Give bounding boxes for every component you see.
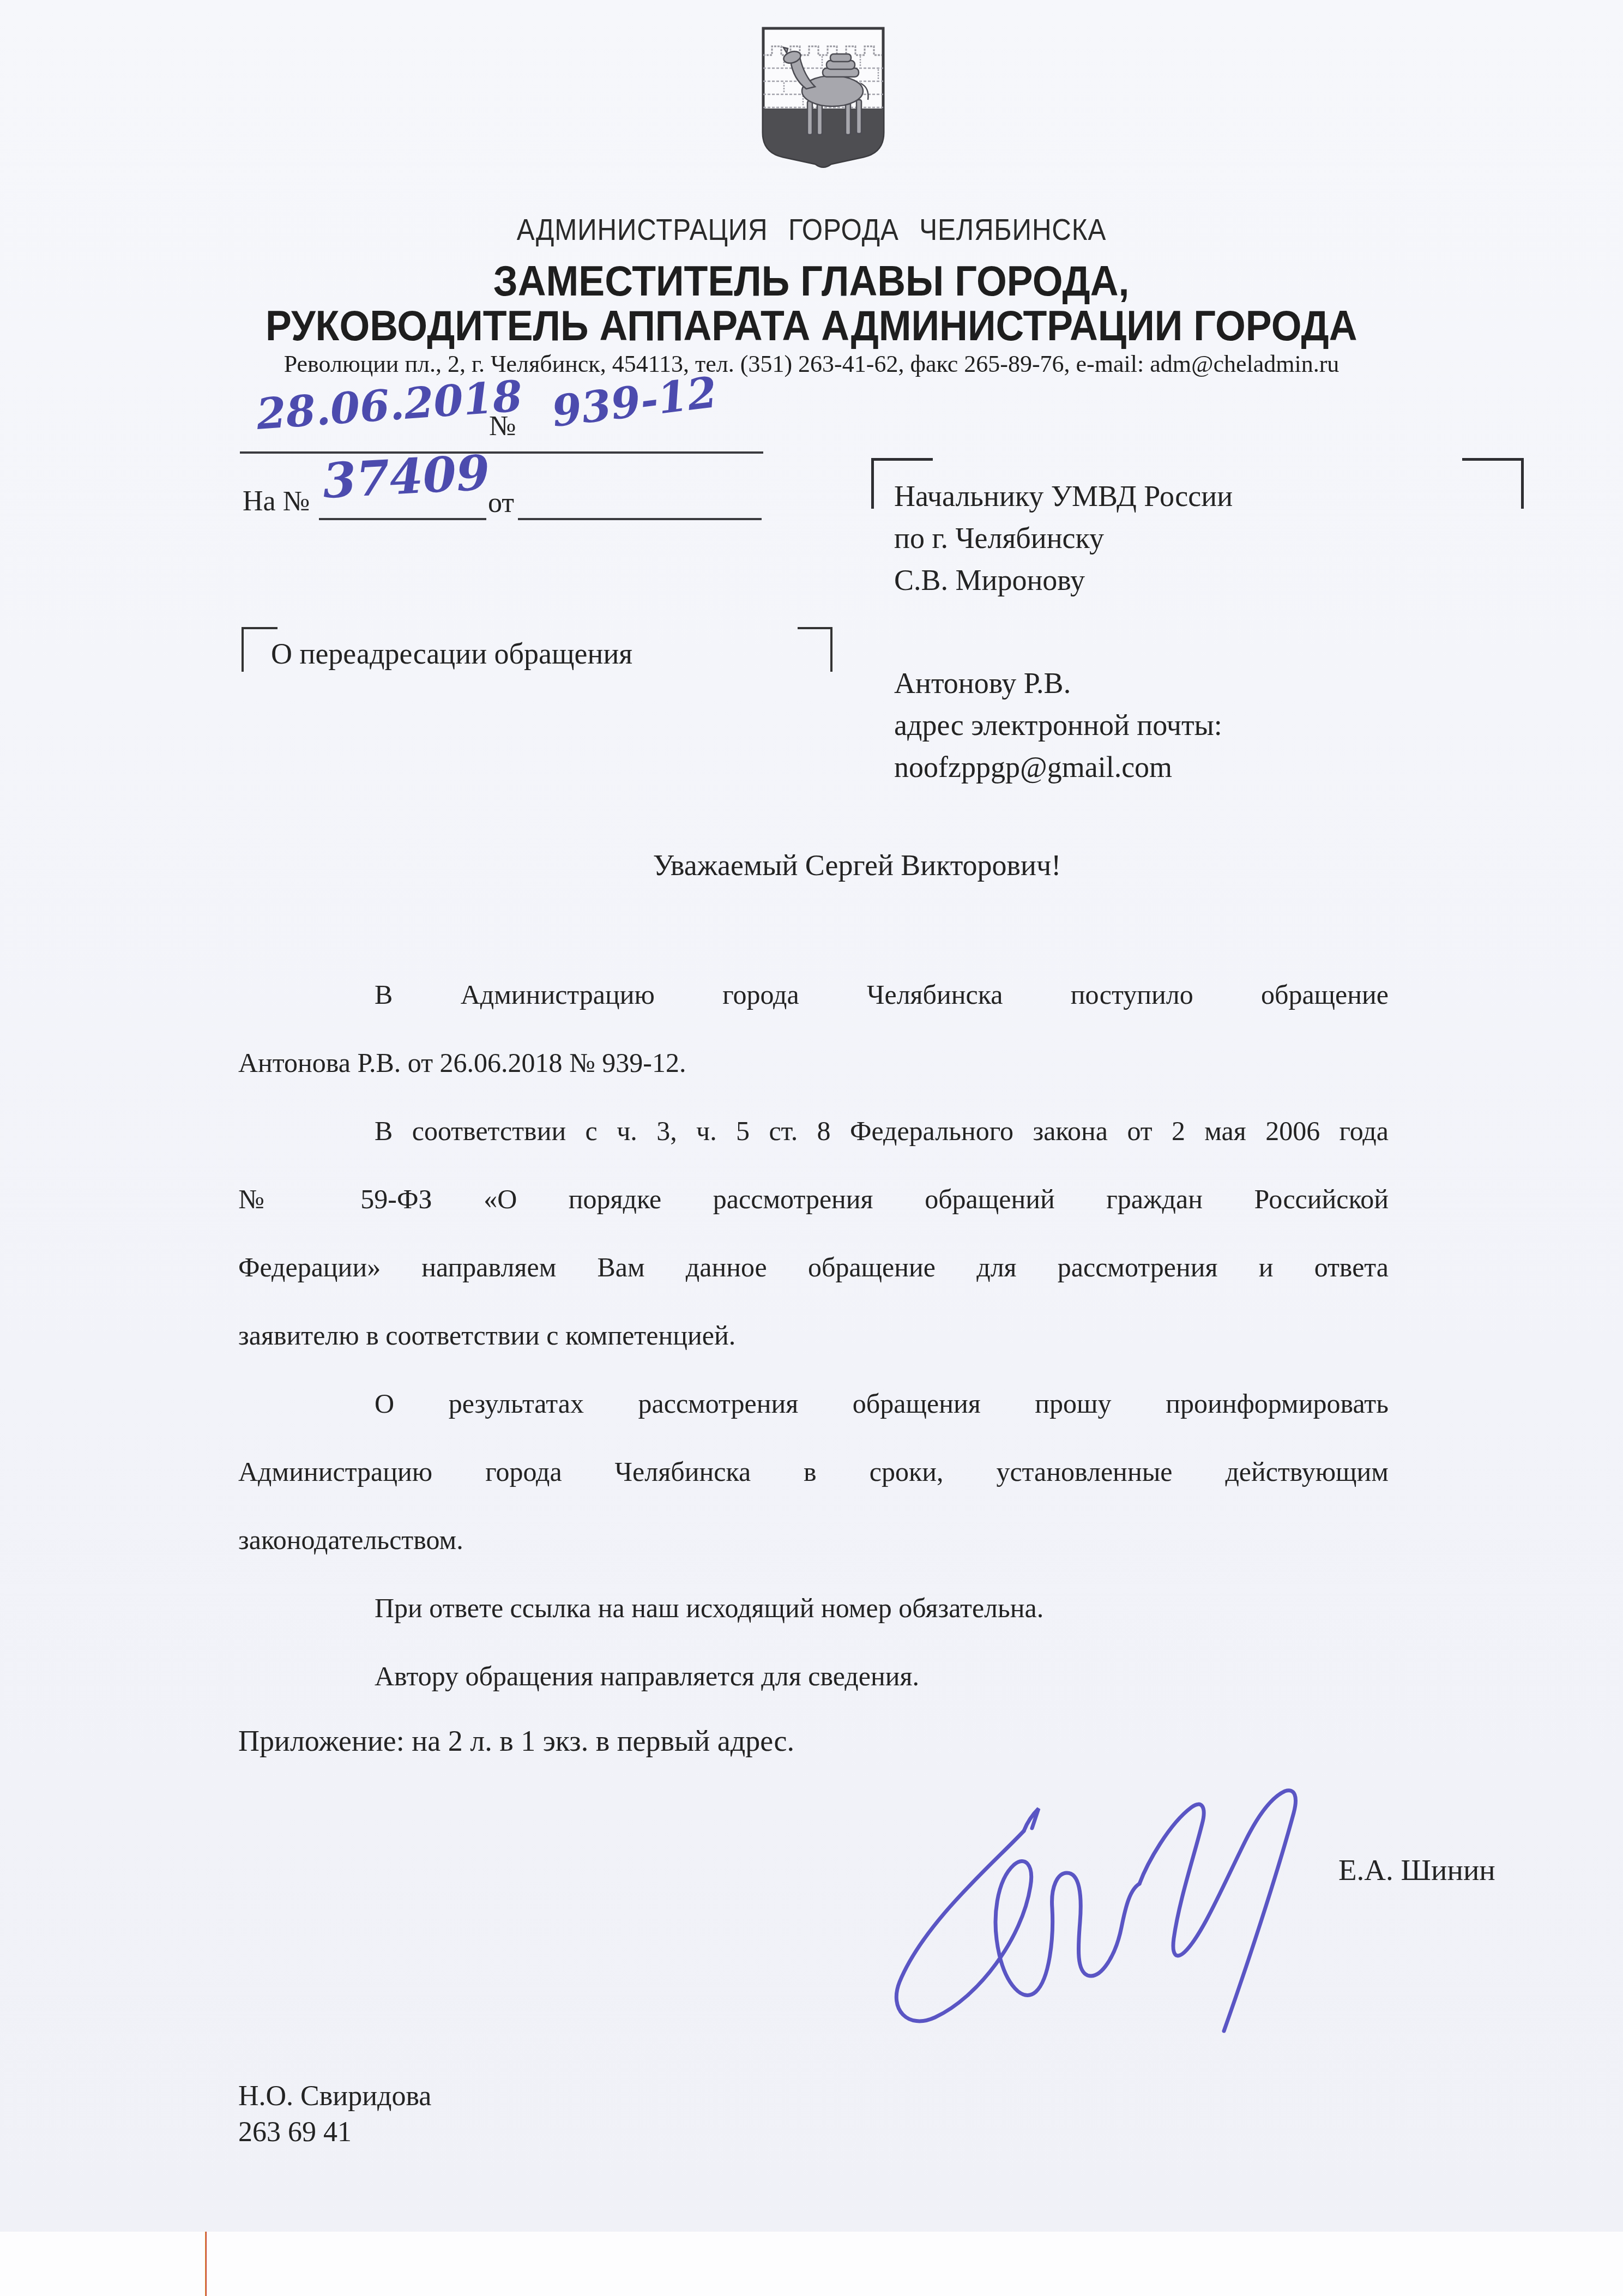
signatory-name: Е.А. Шинин xyxy=(1338,1853,1495,1887)
handwritten-incoming-number: 37409 xyxy=(321,444,491,509)
recipient-email: noofzppgp@gmail.com xyxy=(894,746,1233,788)
incoming-number-label: На № xyxy=(243,485,310,517)
outgoing-number-underline xyxy=(526,451,763,454)
department-title-line2: РУКОВОДИТЕЛЬ АППАРАТА АДМИНИСТРАЦИИ ГОРО… xyxy=(0,301,1623,351)
body-line: заявителю в соответствии с компетенцией. xyxy=(238,1301,1389,1370)
chelyabinsk-coat-of-arms-emblem xyxy=(759,26,887,171)
handwritten-date: 28.06.2018 xyxy=(255,371,524,439)
subject-text: О переадресации обращения xyxy=(271,637,632,671)
salutation: Уважаемый Сергей Викторович! xyxy=(238,848,1389,882)
body-line: № 59-ФЗ «О порядке рассмотрения обращени… xyxy=(238,1165,1389,1233)
ink-signature xyxy=(842,1775,1344,2047)
body-line: В Администрацию города Челябинска поступ… xyxy=(238,961,1389,1029)
from-date-underline xyxy=(518,518,762,520)
body-line: В соответствии с ч. 3, ч. 5 ст. 8 Федера… xyxy=(238,1097,1389,1165)
executor-block: Н.О. Свиридова 263 69 41 xyxy=(238,2078,431,2150)
recipient-line: Начальнику УМВД России xyxy=(894,475,1233,517)
body-line: Антонова Р.В. от 26.06.2018 № 939-12. xyxy=(238,1029,1389,1097)
recipient-gap xyxy=(894,601,1233,662)
subject-corner-top-right xyxy=(798,627,832,672)
executor-phone: 263 69 41 xyxy=(238,2114,431,2150)
recipient-block: Начальнику УМВД России по г. Челябинску … xyxy=(894,475,1233,788)
organization-name: АДМИНИСТРАЦИЯ ГОРОДА ЧЕЛЯБИНСКА xyxy=(0,212,1623,247)
from-label: от xyxy=(488,487,514,519)
body-line: О результатах рассмотрения обращения про… xyxy=(238,1370,1389,1438)
body-line: Автору обращения направляется для сведен… xyxy=(238,1642,1389,1710)
scan-color-bar-artifact xyxy=(205,2232,207,2296)
recipient-line: С.В. Миронову xyxy=(894,559,1233,601)
incoming-number-underline xyxy=(319,518,486,520)
recipient-line: по г. Челябинску xyxy=(894,517,1233,559)
attachment-line: Приложение: на 2 л. в 1 экз. в первый ад… xyxy=(238,1724,794,1758)
number-sign-label: № xyxy=(489,410,516,442)
contact-line: Революции пл., 2, г. Челябинск, 454113, … xyxy=(0,350,1623,378)
department-title-line1: ЗАМЕСТИТЕЛЬ ГЛАВЫ ГОРОДА, xyxy=(0,256,1623,306)
scanned-letter-page: АДМИНИСТРАЦИЯ ГОРОДА ЧЕЛЯБИНСКА ЗАМЕСТИТ… xyxy=(0,0,1623,2296)
body-line: законодательством. xyxy=(238,1506,1389,1574)
letter-body: В Администрацию города Челябинска поступ… xyxy=(238,961,1389,1710)
executor-name: Н.О. Свиридова xyxy=(238,2078,431,2114)
recipient-line: Антонову Р.В. xyxy=(894,662,1233,704)
body-line: Администрацию города Челябинска в сроки,… xyxy=(238,1438,1389,1506)
address-corner-top-right xyxy=(1462,458,1524,509)
shield-base xyxy=(759,109,887,171)
body-line: Федерации» направляем Вам данное обращен… xyxy=(238,1233,1389,1301)
recipient-line: адрес электронной почты: xyxy=(894,704,1233,746)
body-line: При ответе ссылка на наш исходящий номер… xyxy=(238,1574,1389,1642)
scan-edge-strip xyxy=(0,2232,1623,2296)
